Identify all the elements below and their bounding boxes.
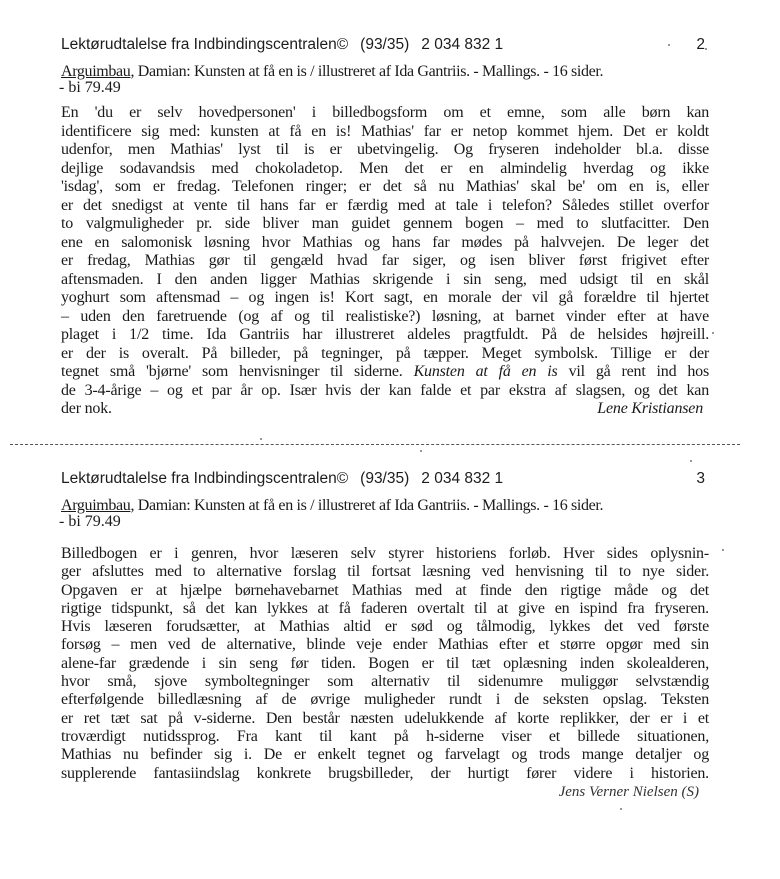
reviewer-signature: Jens Verner Nielsen (S) bbox=[61, 783, 699, 801]
body-line: 'isdag', som er fredag. Telefonen ringer… bbox=[61, 178, 709, 197]
price-line: - bi 79.49 bbox=[59, 514, 709, 530]
author-surname: Arguimbau bbox=[61, 63, 130, 80]
body-line: – uden den faretruende (og af og til rea… bbox=[61, 308, 709, 327]
body-line: troværdigt nutidssprog. Fra kant til kan… bbox=[61, 728, 709, 746]
scan-speck bbox=[668, 44, 670, 46]
body-line: efterfølgende billedlæsning af de øvrige… bbox=[61, 691, 709, 709]
body-line: er der is overalt. På billeder, på tegni… bbox=[61, 345, 709, 364]
body-line: de 3-4-årige – og et par år op. Især hvi… bbox=[61, 382, 709, 401]
review-body: Billedbogen er i genren, hvor læseren se… bbox=[61, 545, 709, 783]
body-line: aftensmaden. I den anden ligger Mathias … bbox=[61, 271, 709, 290]
body-line: er fredag, Mathias gør til gengæld hvad … bbox=[61, 252, 709, 271]
citation-details: , Damian: Kunsten at få en is / illustre… bbox=[130, 497, 603, 514]
body-line: udenfor, men Mathias' lyst til is er ube… bbox=[61, 141, 709, 160]
body-line: rigtige tidspunkt, så det kan lykkes at … bbox=[61, 600, 709, 618]
body-line: er ret tæt sat på v-siderne. Den består … bbox=[61, 710, 709, 728]
issue-number: (93/35) bbox=[360, 468, 409, 490]
body-line: En 'du er selv hovedpersonen' i billedbo… bbox=[61, 104, 709, 123]
body-line: identificere sig med: kunsten at få en i… bbox=[61, 123, 709, 142]
body-line: dejlige sodavandsis med chokoladetop. Me… bbox=[61, 160, 709, 179]
issue-number: (93/35) bbox=[360, 34, 409, 56]
bibliographic-citation: Arguimbau, Damian: Kunsten at få en is /… bbox=[61, 64, 709, 80]
review-header: Lektørudtalelse fra Indbindingscentralen… bbox=[61, 468, 709, 490]
dashed-cut-line-separator bbox=[10, 444, 740, 445]
scan-speck bbox=[722, 549, 724, 551]
body-line: ger afsluttes med to alternative forslag… bbox=[61, 563, 709, 581]
author-surname: Arguimbau bbox=[61, 497, 130, 514]
page-number: 3 bbox=[696, 468, 705, 490]
body-line: ene en salomonisk løsning hvor Mathias o… bbox=[61, 234, 709, 253]
body-text-segment: vil gå rent ind hos bbox=[558, 363, 709, 380]
review-clipping-2: Lektørudtalelse fra Indbindingscentralen… bbox=[61, 468, 709, 801]
catalog-number: 2 034 832 1 bbox=[421, 34, 503, 56]
bibliographic-citation: Arguimbau, Damian: Kunsten at få en is /… bbox=[61, 498, 709, 514]
body-line: er det snedigst at vente til hans far er… bbox=[61, 197, 709, 216]
body-line-end: der nok. bbox=[61, 400, 112, 417]
body-line: forsøg – men ved de alternative, blinde … bbox=[61, 636, 709, 654]
body-line: Opgaven er at hjælpe børnehavebarnet Mat… bbox=[61, 582, 709, 600]
scan-speck bbox=[620, 808, 622, 810]
review-clipping-1: Lektørudtalelse fra Indbindingscentralen… bbox=[61, 34, 709, 419]
body-line: plaget i 1/2 time. Ida Gantriis har illu… bbox=[61, 326, 709, 345]
scan-speck bbox=[712, 332, 714, 334]
publication-name: Lektørudtalelse fra Indbindingscentralen… bbox=[61, 34, 348, 56]
body-line: hvor små, sjove symboltegninger som alte… bbox=[61, 673, 709, 691]
body-line: to valgmuligheder pr. side bliver man gu… bbox=[61, 215, 709, 234]
review-body: En 'du er selv hovedpersonen' i billedbo… bbox=[61, 104, 709, 419]
body-line: Billedbogen er i genren, hvor læseren se… bbox=[61, 545, 709, 563]
body-line: supplerende fantasiindslag konkrete brug… bbox=[61, 765, 709, 783]
book-title-italic: Kunsten at få en is bbox=[414, 363, 558, 380]
scan-speck bbox=[690, 460, 692, 462]
body-line-with-title: tegnet små 'bjørne' som henvisninger til… bbox=[61, 363, 709, 382]
body-line: yoghurt som aftensmad – og ingen is! Kor… bbox=[61, 289, 709, 308]
citation-details: , Damian: Kunsten at få en is / illustre… bbox=[130, 63, 603, 80]
price-line: - bi 79.49 bbox=[59, 80, 709, 96]
review-header: Lektørudtalelse fra Indbindingscentralen… bbox=[61, 34, 709, 56]
scan-speck bbox=[705, 48, 707, 50]
publication-name: Lektørudtalelse fra Indbindingscentralen… bbox=[61, 468, 348, 490]
body-line: Hvis læseren forudsætter, at Mathias alt… bbox=[61, 618, 709, 636]
scan-speck bbox=[420, 450, 422, 452]
body-text-segment: tegnet små 'bjørne' som henvisninger til… bbox=[61, 363, 414, 380]
body-last-line: der nok.Lene Kristiansen bbox=[61, 400, 709, 419]
catalog-number: 2 034 832 1 bbox=[421, 468, 503, 490]
reviewer-signature: Lene Kristiansen bbox=[597, 400, 703, 419]
body-line: alene-far grædende i sin seng før tiden.… bbox=[61, 655, 709, 673]
body-line: Mathias nu befinder sig i. De er enkelt … bbox=[61, 746, 709, 764]
scan-speck bbox=[260, 438, 262, 440]
page-number: 2 bbox=[696, 34, 705, 56]
